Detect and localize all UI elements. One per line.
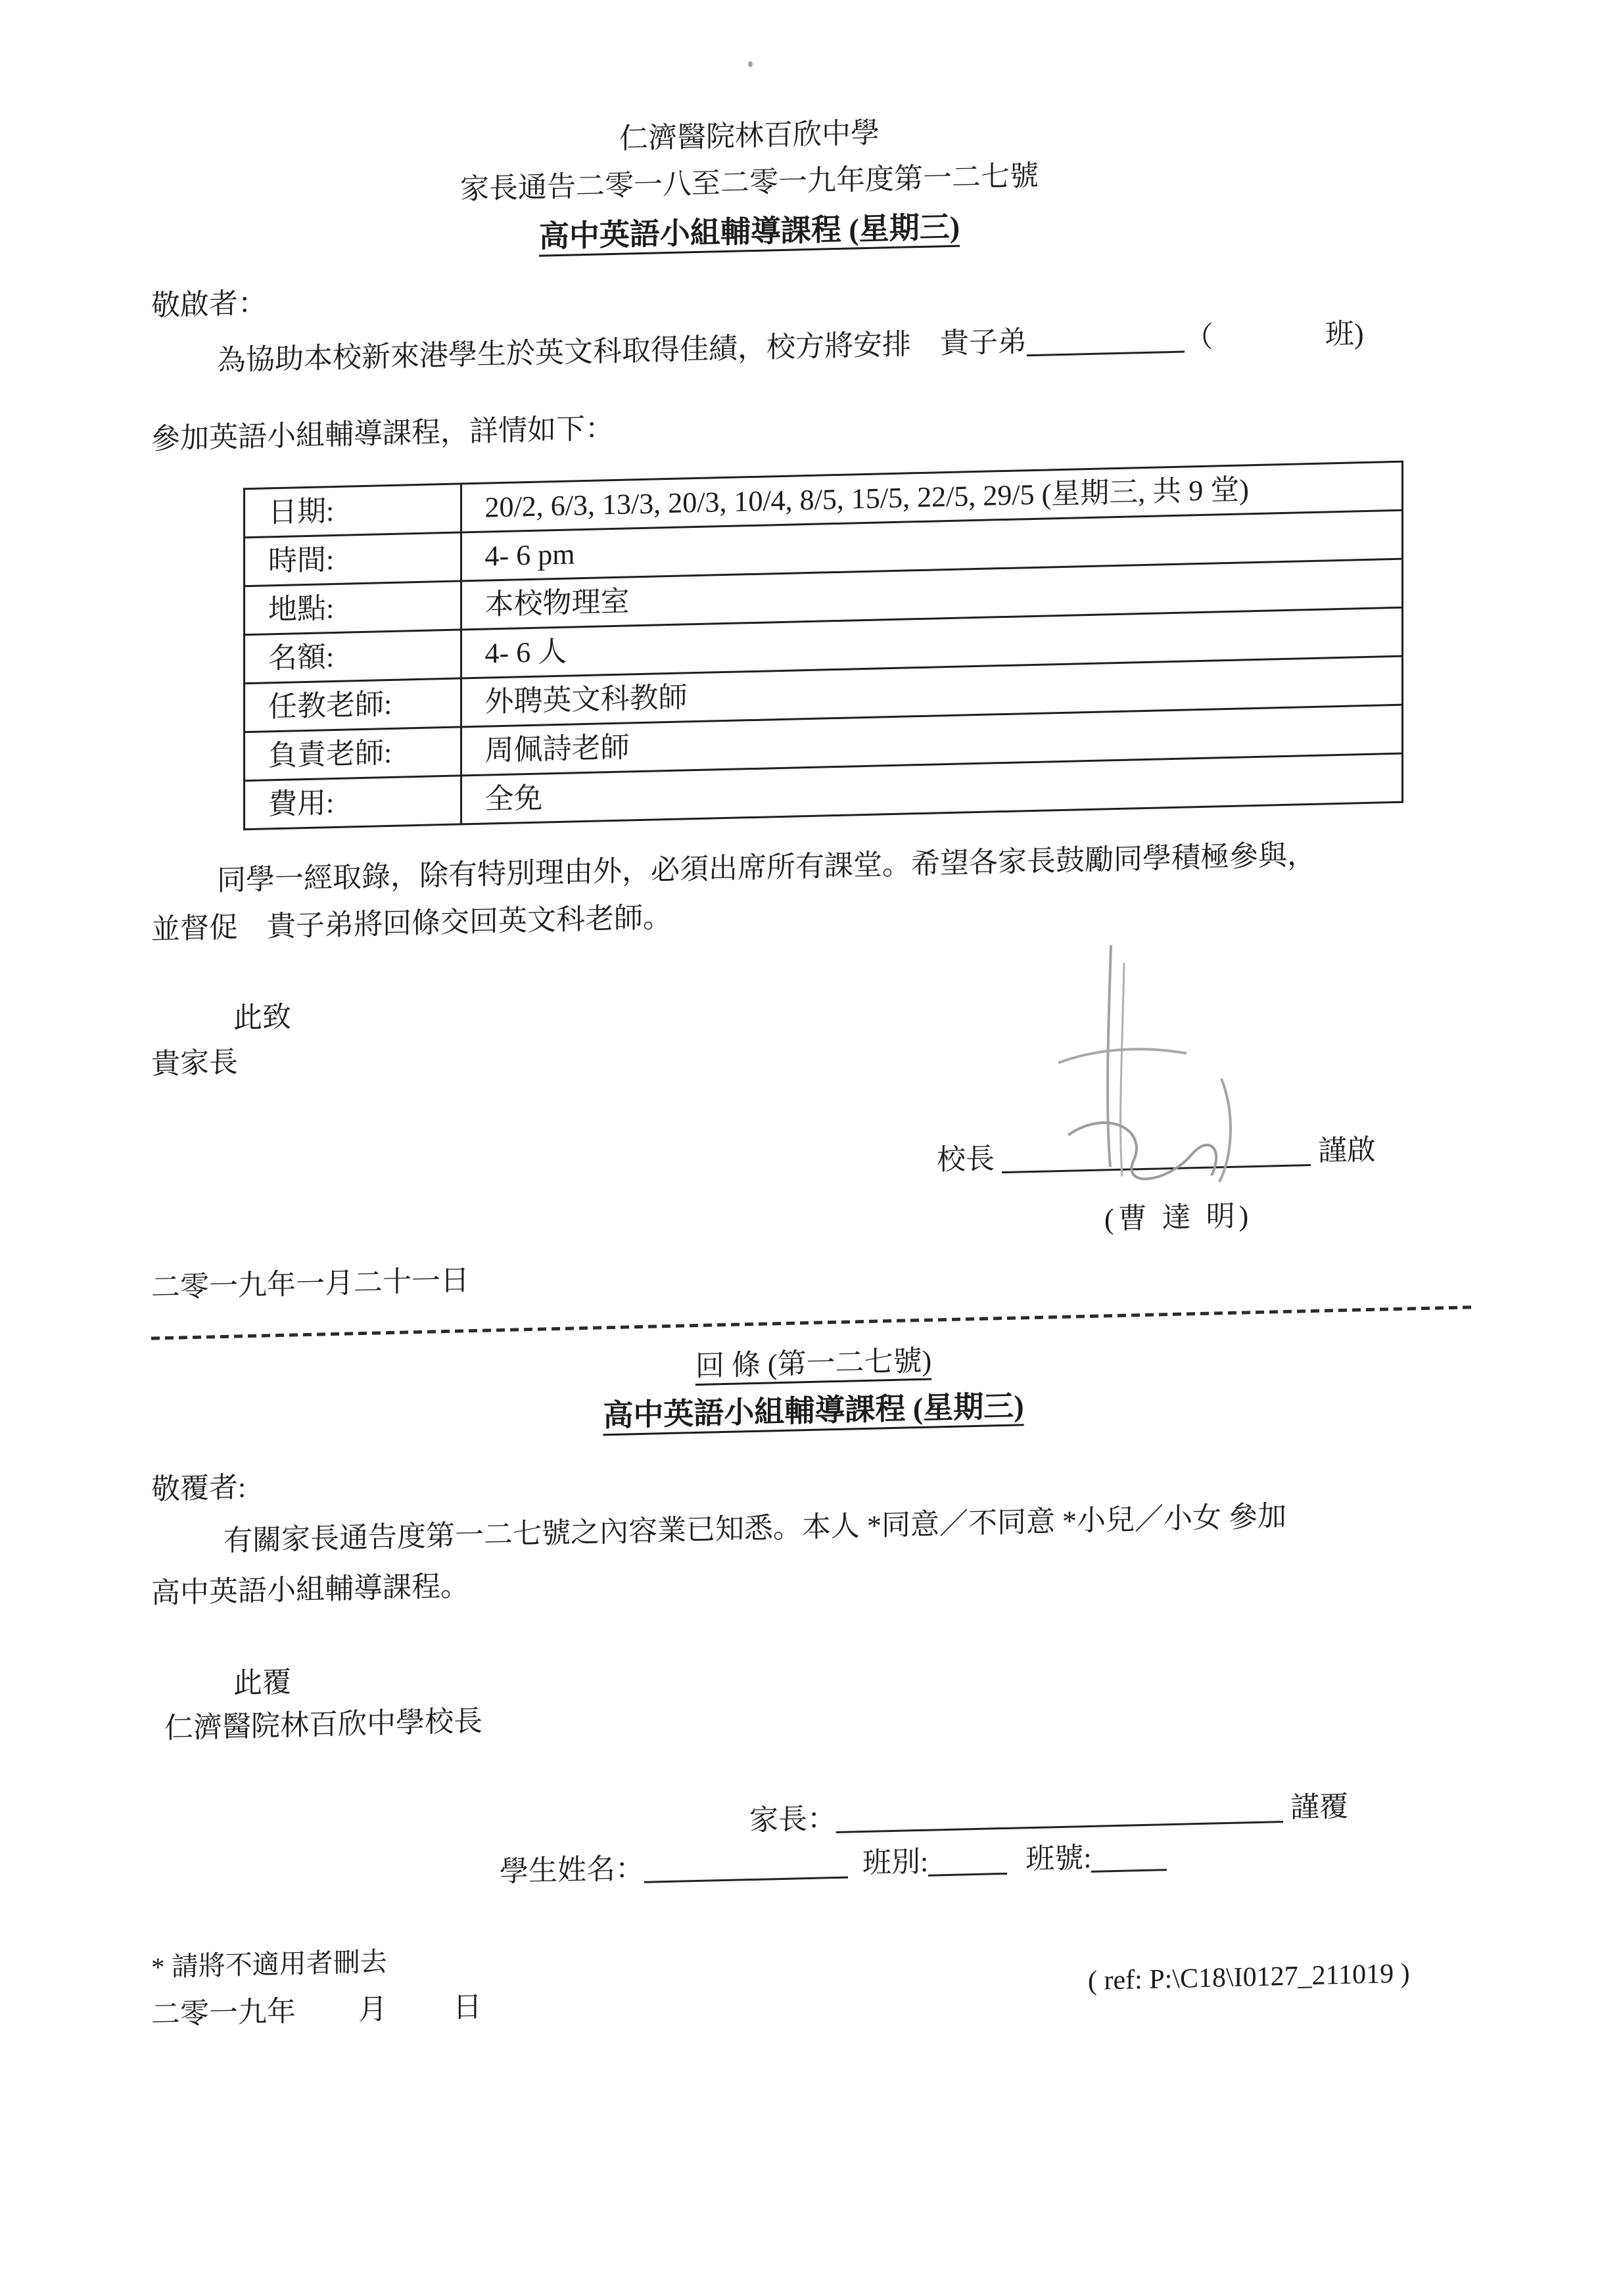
notice-header: 仁濟醫院林百欣中學 家長通告二零一八至二零一九年度第一二七號 高中英語小組輔導課… — [151, 103, 1348, 266]
spacer — [296, 2019, 358, 2021]
reply-date-year: 二零一九年 — [151, 1995, 296, 2030]
delete-inapplicable-footnote: * 請將不適用者刪去 — [151, 1946, 387, 1982]
principal-name: (曹 達 明) — [1104, 1192, 1476, 1238]
class-open-paren: （ — [1185, 321, 1213, 354]
table-row-label: 時間: — [245, 532, 461, 586]
reply-date-day: 日 — [453, 1991, 482, 2024]
file-reference: ( ref: P:\C18\I0127_211019 ) — [1088, 1954, 1410, 2000]
spacer — [1007, 1869, 1025, 1869]
parent-signature-line — [836, 1816, 1283, 1833]
class-no-label: 班號: — [1025, 1842, 1091, 1875]
class-suffix: 班) — [1325, 317, 1364, 350]
student-name-line — [644, 1872, 848, 1883]
parent-signature-row: 家長： 謹覆 — [749, 1785, 1476, 1840]
class-no-line — [1091, 1864, 1167, 1873]
table-row-label: 費用: — [245, 776, 461, 830]
notice-page: 仁濟醫院林百欣中學 家長通告二零一八至二零一九年度第一二七號 高中英語小組輔導課… — [0, 0, 1623, 2296]
table-row-label: 負責老師: — [245, 727, 461, 781]
footnote-row: * 請將不適用者刪去 ( ref: P:\C18\I0127_211019 ) — [151, 1917, 1476, 1986]
student-name-label: 學生姓名： — [500, 1852, 644, 1888]
table-row-label: 地點: — [245, 581, 461, 635]
reply-date-month: 月 — [358, 1993, 387, 2026]
spacer — [387, 2017, 453, 2019]
class-line — [928, 1868, 1007, 1877]
letter-date: 二零一九年一月二十一日 — [151, 1238, 1476, 1307]
class-label: 班別: — [862, 1846, 928, 1879]
table-row-label: 名額: — [245, 630, 461, 684]
letter-paragraph-1-line2: 參加英語小組輔導課程，詳情如下： — [151, 389, 1476, 458]
student-name-blank-line — [1027, 346, 1185, 357]
spacer — [848, 1873, 862, 1873]
principal-label: 校長 — [937, 1142, 995, 1176]
table-row-label: 任教老師: — [245, 678, 461, 732]
table-row-label: 日期: — [245, 484, 461, 538]
principal-signoff: 謹啟 — [1318, 1134, 1376, 1167]
class-blank-space — [1213, 344, 1325, 346]
principal-signature-handwriting — [1012, 936, 1275, 1192]
scan-artifact-dot — [748, 61, 753, 67]
parent-signoff: 謹覆 — [1290, 1791, 1348, 1824]
paragraph-1-text: 為協助本校新來港學生於英文科取得佳績，校方將安排 貴子弟 — [217, 325, 1027, 377]
letter-salutation: 敬啟者： — [151, 256, 1476, 325]
letter-paragraph-1: 為協助本校新來港學生於英文科取得佳績，校方將安排 貴子弟（班) — [151, 312, 1476, 381]
course-details-table: 日期: 20/2, 6/3, 13/3, 20/3, 10/4, 8/5, 15… — [243, 461, 1403, 831]
parent-label: 家長： — [749, 1802, 836, 1837]
student-info-row: 學生姓名：班別:班號: — [500, 1830, 1476, 1891]
